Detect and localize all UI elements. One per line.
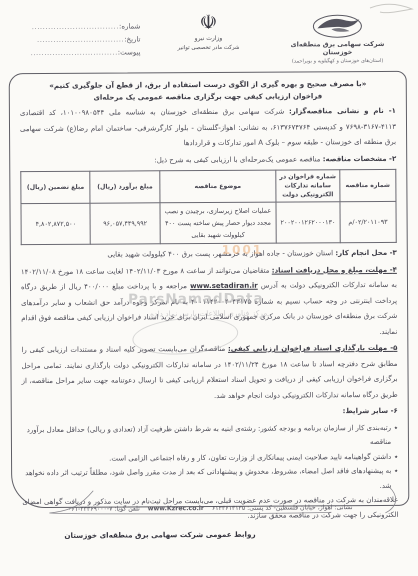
condition-text: به پیشنهادهای فاقد اصل امضاء، مشروط، مخد… bbox=[22, 464, 391, 495]
item1-label: ۱- نام و نشانی مناقصه‌گزار: bbox=[289, 107, 396, 116]
scanned-tender-notice-page: شماره: ................................ … bbox=[0, 0, 418, 576]
number-field: شماره: ................................ bbox=[12, 20, 140, 34]
ministry-subtitle: شرکت مادر تخصصی توانیر bbox=[169, 45, 249, 51]
notice-body-frame: «با مصرف صحیح و بهره گیری از الگوی درست … bbox=[9, 71, 410, 508]
energy-slogan: «با مصرف صحیح و بهره گیری از الگوی درست … bbox=[20, 77, 396, 92]
public-relations-signature: روابط عمومی شرکت سهامی برق منطقه‌ای خوزس… bbox=[64, 530, 255, 540]
company-name: شرکت سهامی برق منطقه‌ای خوزستان bbox=[278, 40, 396, 57]
item3-text: استان خوزستان - جاده اهواز به خرمشهر، پس… bbox=[107, 249, 333, 258]
item3-label: ۳- محل انجام کار: bbox=[335, 249, 397, 257]
item2-text: مناقصه عمومی یک‌مرحله‌ای با ارزیابی کیفی… bbox=[154, 155, 320, 164]
col-setad-call-number: شماره فراخوان در سامانه تدارکات الکترونی… bbox=[276, 170, 340, 202]
date-field: تاریخ: ................................ bbox=[12, 33, 140, 47]
item5-text: مناقصه‌گران می‌بایست تصویر کلیه اسناد و … bbox=[21, 345, 397, 400]
attachment-field: پیوست: ................................ bbox=[13, 46, 141, 60]
company-logo-bird-icon bbox=[311, 13, 363, 39]
bullet-marker: ٭ bbox=[394, 464, 398, 493]
footer-phone: تلفن گویا: ۷-۳۳۳۶۹۰۰۰-۰۶۱ bbox=[68, 505, 140, 512]
date-dotted-line: ................................ bbox=[37, 34, 124, 48]
number-label: شماره: bbox=[119, 20, 141, 33]
item1-employer-name-address: ۱- نام و نشانی مناقصه‌گزار: شرکت سهامی ب… bbox=[20, 104, 396, 153]
col-guarantee-amount: مبلغ تضمین (ریال) bbox=[21, 171, 91, 203]
item2-tender-specs: ۲- مشخصات مناقصه: مناقصه عمومی یک‌مرحله‌… bbox=[20, 151, 396, 169]
col-estimate-amount: مبلغ برآورد (ریال) bbox=[90, 171, 160, 203]
setad-call-number-cell: ۲۰۰۲۰۰۱۲۶۲۰۰۰۱۳۰ bbox=[276, 202, 340, 243]
condition-text: رتبه‌بندی کار از سازمان برنامه و بودجه ک… bbox=[22, 420, 391, 451]
table-row: ۰۲/۲۰۱۱۰۹۳/م ۲۰۰۲۰۰۱۲۶۲۰۰۰۱۳۰ عملیات اصل… bbox=[21, 201, 396, 244]
condition-item-ranking: ٭ رتبه‌بندی کار از سازمان برنامه و بودجه… bbox=[22, 420, 398, 451]
item5-upload-deadline: ۵- مهلت بارگذاری اسناد فراخوان ارزیابی ک… bbox=[21, 341, 397, 405]
letterhead: شماره: ................................ … bbox=[0, 7, 417, 72]
company-subtitle: (استان‌های خوزستان و کهگیلویه و بویراحمد… bbox=[279, 58, 397, 65]
item6-other-conditions: ۶- سایر شرایط: bbox=[22, 404, 398, 422]
conditions-list: ٭ رتبه‌بندی کار از سازمان برنامه و بودجه… bbox=[22, 420, 398, 495]
item5-label: ۵- مهلت بارگذاری اسناد فراخوان ارزیابی ک… bbox=[228, 344, 397, 353]
attachment-label: پیوست: bbox=[118, 46, 141, 59]
item6-label: ۶- سایر شرایط: bbox=[343, 407, 398, 415]
col-tender-number: شماره مناقصه bbox=[340, 169, 396, 201]
tender-subject-cell: عملیات اصلاح زیرسازی، برچیدن و نصب مجدد … bbox=[160, 202, 276, 244]
item4-label: ۴- مهلت، مبلغ و محل دریافت اسناد: bbox=[272, 265, 397, 274]
iran-emblem-icon: ☫ bbox=[168, 10, 248, 34]
setadiran-url-link[interactable]: www.setadiran.ir bbox=[190, 282, 258, 290]
company-website-link[interactable]: www.Kzrec.co.ir bbox=[148, 505, 204, 512]
notice-title: فراخوان ارزیابی کیفی جهت برگزاری مناقصه … bbox=[20, 90, 396, 105]
footer-address: نشانی: اهواز، خیابان فلسطین- کد پستی: ۶۱… bbox=[212, 504, 353, 512]
ministry-name: وزارت نیرو bbox=[168, 35, 248, 42]
item3-work-location: ۳- محل انجام کار: استان خوزستان - جاده ا… bbox=[21, 246, 397, 264]
estimate-amount-cell: ۹۶,۰۵۷,۴۴۹,۹۹۲ bbox=[90, 203, 160, 244]
item4-text-post: مراجعه و با پرداخت مبلغ ۴۰۰/۰۰۰ ریال از … bbox=[21, 282, 397, 335]
number-dotted-line: ................................ bbox=[32, 21, 119, 35]
item2-label: ۲- مشخصات مناقصه: bbox=[323, 154, 397, 162]
bullet-marker: ٭ bbox=[394, 420, 398, 449]
col-tender-subject: موضوع مناقصه bbox=[160, 170, 276, 203]
tender-number-cell: ۰۲/۲۰۱۱۰۹۳/م bbox=[340, 201, 396, 242]
bullet-marker: ٭ bbox=[394, 449, 398, 464]
table-header-row: شماره مناقصه شماره فراخوان در سامانه تدا… bbox=[21, 169, 396, 203]
condition-item-invalid-offers: ٭ به پیشنهادهای فاقد اصل امضاء، مشروط، م… bbox=[22, 464, 398, 495]
attachment-dotted-line: ................................ bbox=[31, 47, 118, 61]
tender-details-table: شماره مناقصه شماره فراخوان در سامانه تدا… bbox=[20, 169, 396, 245]
letter-meta-fields: شماره: ................................ … bbox=[12, 20, 140, 60]
company-block: شرکت سهامی برق منطقه‌ای خوزستان (استان‌ه… bbox=[278, 13, 396, 65]
date-label: تاریخ: bbox=[124, 33, 140, 46]
guarantee-amount-cell: ۴,۸۰۲,۸۷۲,۵۰۰ bbox=[21, 203, 91, 244]
item4-document-purchase: ۴- مهلت، مبلغ و محل دریافت اسناد: متقاضی… bbox=[21, 262, 397, 342]
ministry-block: ☫ وزارت نیرو شرکت مادر تخصصی توانیر bbox=[168, 10, 248, 51]
